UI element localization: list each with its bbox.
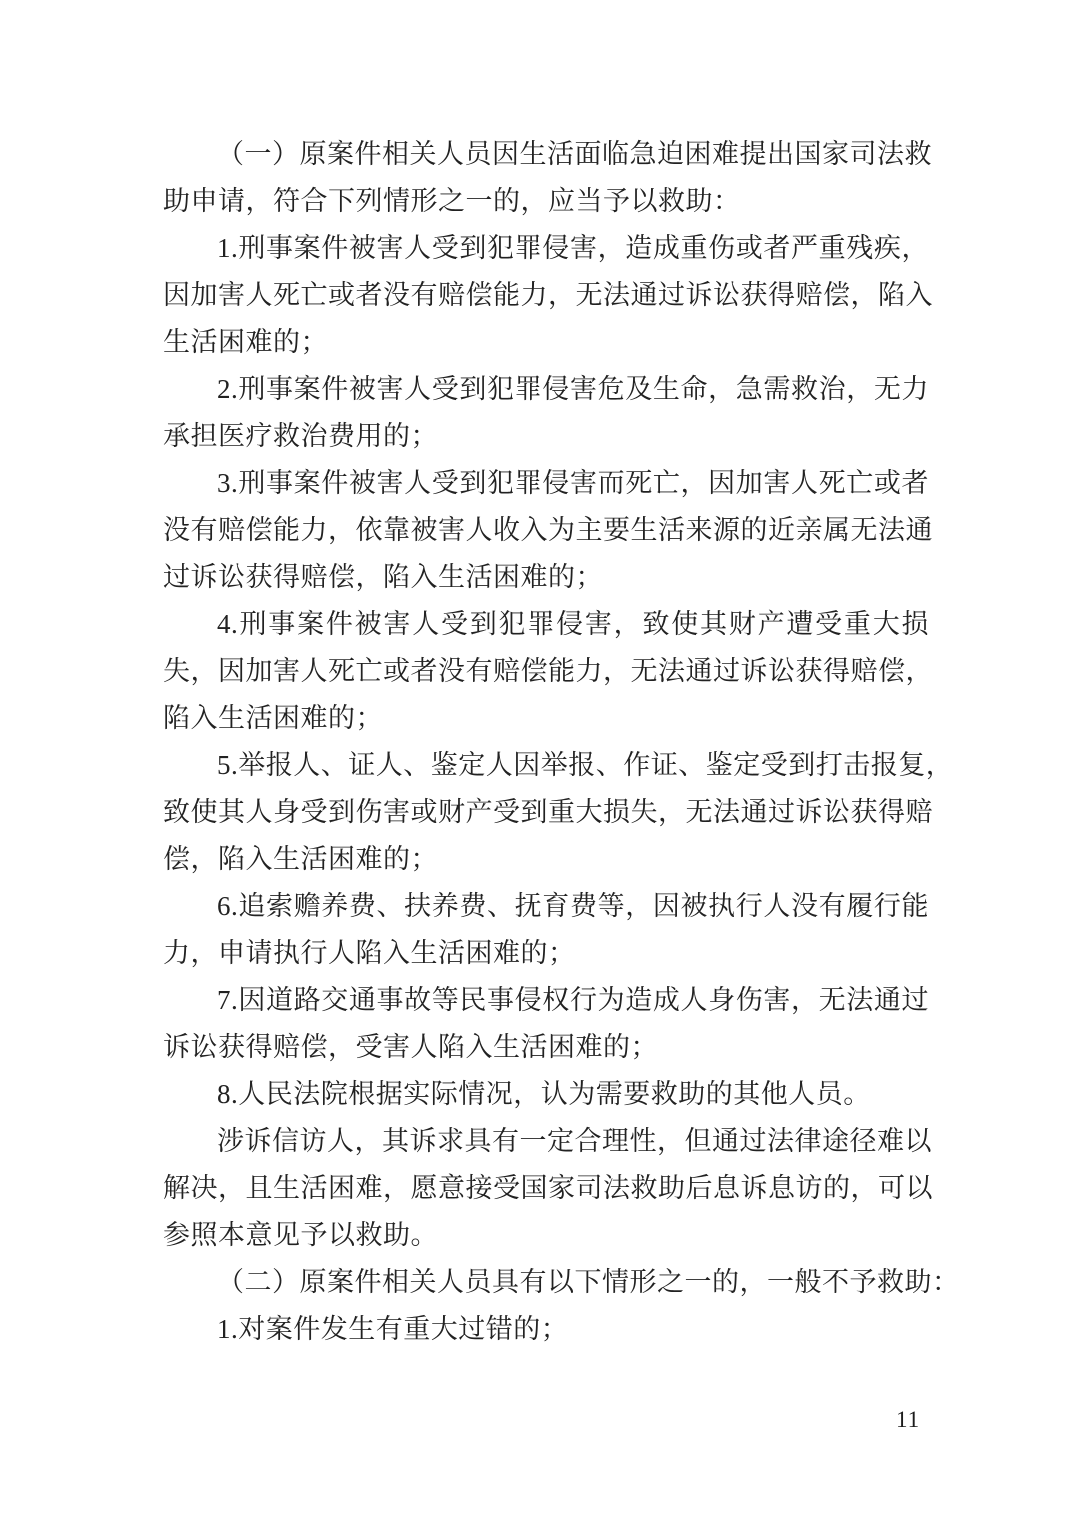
text-line: 助申请，符合下列情形之一的，应当予以救助： [163,178,929,225]
text-line: 偿，陷入生活困难的； [163,836,929,883]
text-line: 生活困难的； [163,319,929,366]
paragraph-item-8: 8.人民法院根据实际情况，认为需要救助的其他人员。 [163,1071,929,1118]
document-page: （一）原案件相关人员因生活面临急迫困难提出国家司法救 助申请，符合下列情形之一的… [0,0,1080,1527]
text-line: 承担医疗救治费用的； [163,413,929,460]
paragraph-section-2-item-1: 1.对案件发生有重大过错的； [163,1306,929,1353]
paragraph-item-7: 7.因道路交通事故等民事侵权行为造成人身伤害，无法通过 诉讼获得赔偿，受害人陷入… [163,977,929,1071]
paragraph-section-2-intro: （二）原案件相关人员具有以下情形之一的，一般不予救助： [163,1259,929,1306]
text-line: 2.刑事案件被害人受到犯罪侵害危及生命，急需救治，无力 [163,366,929,413]
text-line: 失，因加害人死亡或者没有赔偿能力，无法通过诉讼获得赔偿， [163,648,929,695]
paragraph-petitioners: 涉诉信访人，其诉求具有一定合理性，但通过法律途径难以 解决，且生活困难，愿意接受… [163,1118,929,1259]
text-line: 1.对案件发生有重大过错的； [163,1306,929,1353]
text-line: 5.举报人、证人、鉴定人因举报、作证、鉴定受到打击报复， [163,742,929,789]
paragraph-section-1-intro: （一）原案件相关人员因生活面临急迫困难提出国家司法救 助申请，符合下列情形之一的… [163,131,929,225]
paragraph-item-1: 1.刑事案件被害人受到犯罪侵害，造成重伤或者严重残疾， 因加害人死亡或者没有赔偿… [163,225,929,366]
text-line: 7.因道路交通事故等民事侵权行为造成人身伤害，无法通过 [163,977,929,1024]
text-line: 3.刑事案件被害人受到犯罪侵害而死亡，因加害人死亡或者 [163,460,929,507]
text-line: （一）原案件相关人员因生活面临急迫困难提出国家司法救 [163,131,929,178]
text-line: （二）原案件相关人员具有以下情形之一的，一般不予救助： [163,1259,929,1306]
text-line: 8.人民法院根据实际情况，认为需要救助的其他人员。 [163,1071,929,1118]
text-line: 没有赔偿能力，依靠被害人收入为主要生活来源的近亲属无法通 [163,507,929,554]
text-line: 诉讼获得赔偿，受害人陷入生活困难的； [163,1024,929,1071]
text-line: 解决，且生活困难，愿意接受国家司法救助后息诉息访的，可以 [163,1165,929,1212]
text-line: 6.追索赡养费、扶养费、抚育费等，因被执行人没有履行能 [163,883,929,930]
paragraph-item-6: 6.追索赡养费、扶养费、抚育费等，因被执行人没有履行能 力，申请执行人陷入生活困… [163,883,929,977]
text-line: 陷入生活困难的； [163,695,929,742]
text-line: 过诉讼获得赔偿，陷入生活困难的； [163,554,929,601]
text-line: 力，申请执行人陷入生活困难的； [163,930,929,977]
text-line: 4.刑事案件被害人受到犯罪侵害，致使其财产遭受重大损 [163,601,929,648]
text-line: 因加害人死亡或者没有赔偿能力，无法通过诉讼获得赔偿，陷入 [163,272,929,319]
text-line: 参照本意见予以救助。 [163,1212,929,1259]
paragraph-item-4: 4.刑事案件被害人受到犯罪侵害，致使其财产遭受重大损 失，因加害人死亡或者没有赔… [163,601,929,742]
document-body-text: （一）原案件相关人员因生活面临急迫困难提出国家司法救 助申请，符合下列情形之一的… [163,131,929,1353]
text-line: 涉诉信访人，其诉求具有一定合理性，但通过法律途径难以 [163,1118,929,1165]
text-line: 1.刑事案件被害人受到犯罪侵害，造成重伤或者严重残疾， [163,225,929,272]
paragraph-item-5: 5.举报人、证人、鉴定人因举报、作证、鉴定受到打击报复， 致使其人身受到伤害或财… [163,742,929,883]
page-number: 11 [896,1405,920,1435]
paragraph-item-3: 3.刑事案件被害人受到犯罪侵害而死亡，因加害人死亡或者 没有赔偿能力，依靠被害人… [163,460,929,601]
text-line: 致使其人身受到伤害或财产受到重大损失，无法通过诉讼获得赔 [163,789,929,836]
paragraph-item-2: 2.刑事案件被害人受到犯罪侵害危及生命，急需救治，无力 承担医疗救治费用的； [163,366,929,460]
